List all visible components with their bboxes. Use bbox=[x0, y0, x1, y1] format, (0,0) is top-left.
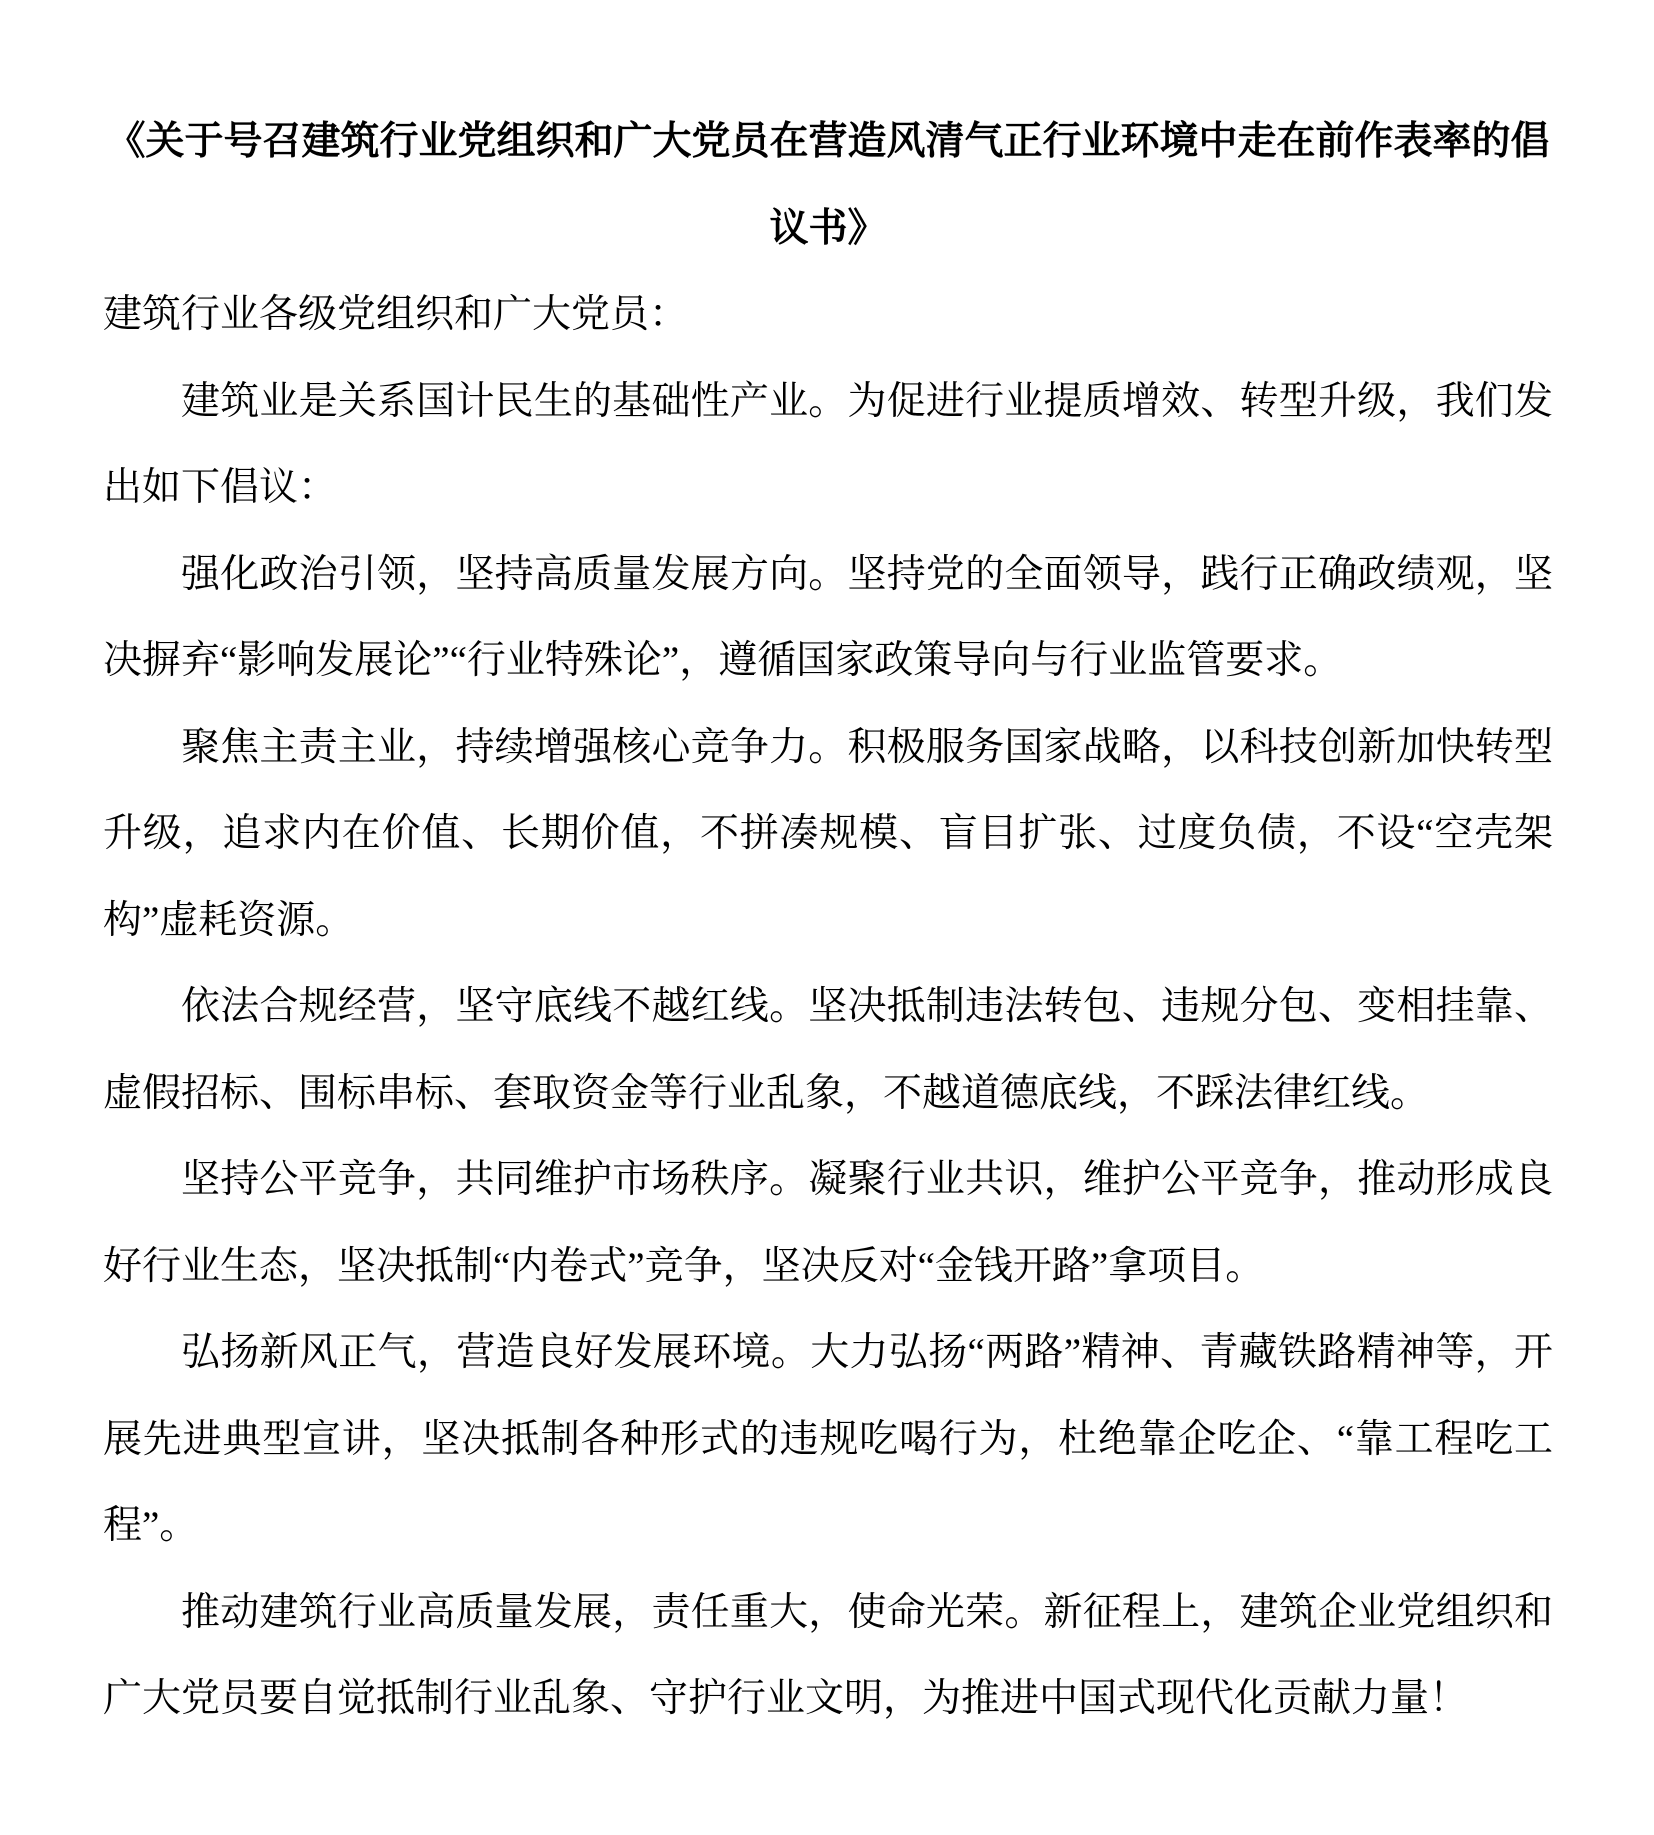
paragraph-healthy-environment: 弘扬新风正气，营造良好发展环境。大力弘扬“两路”精神、青藏铁路精神等，开展先进典… bbox=[103, 1310, 1553, 1570]
document-title: 《关于号召建筑行业党组织和广大党员在营造风清气正行业环境中走在前作表率的倡议书》 bbox=[103, 99, 1553, 272]
paragraph-conclusion: 推动建筑行业高质量发展，责任重大，使命光荣。新征程上，建筑企业党组织和广大党员要… bbox=[103, 1570, 1553, 1743]
paragraph-intro: 建筑业是关系国计民生的基础性产业。为促进行业提质增效、转型升级，我们发出如下倡议… bbox=[103, 359, 1553, 532]
salutation-line: 建筑行业各级党组织和广大党员： bbox=[103, 272, 1553, 359]
paragraph-fair-competition: 坚持公平竞争，共同维护市场秩序。凝聚行业共识，维护公平竞争，推动形成良好行业生态… bbox=[103, 1137, 1553, 1310]
paragraph-political-leadership: 强化政治引领，坚持高质量发展方向。坚持党的全面领导，践行正确政绩观，坚决摒弃“影… bbox=[103, 532, 1553, 705]
document-page: 《关于号召建筑行业党组织和广大党员在营造风清气正行业环境中走在前作表率的倡议书》… bbox=[0, 0, 1654, 1835]
paragraph-lawful-operation: 依法合规经营，坚守底线不越红线。坚决抵制违法转包、违规分包、变相挂靠、虚假招标、… bbox=[103, 964, 1553, 1137]
paragraph-core-competitiveness: 聚焦主责主业，持续增强核心竞争力。积极服务国家战略，以科技创新加快转型升级，追求… bbox=[103, 705, 1553, 965]
